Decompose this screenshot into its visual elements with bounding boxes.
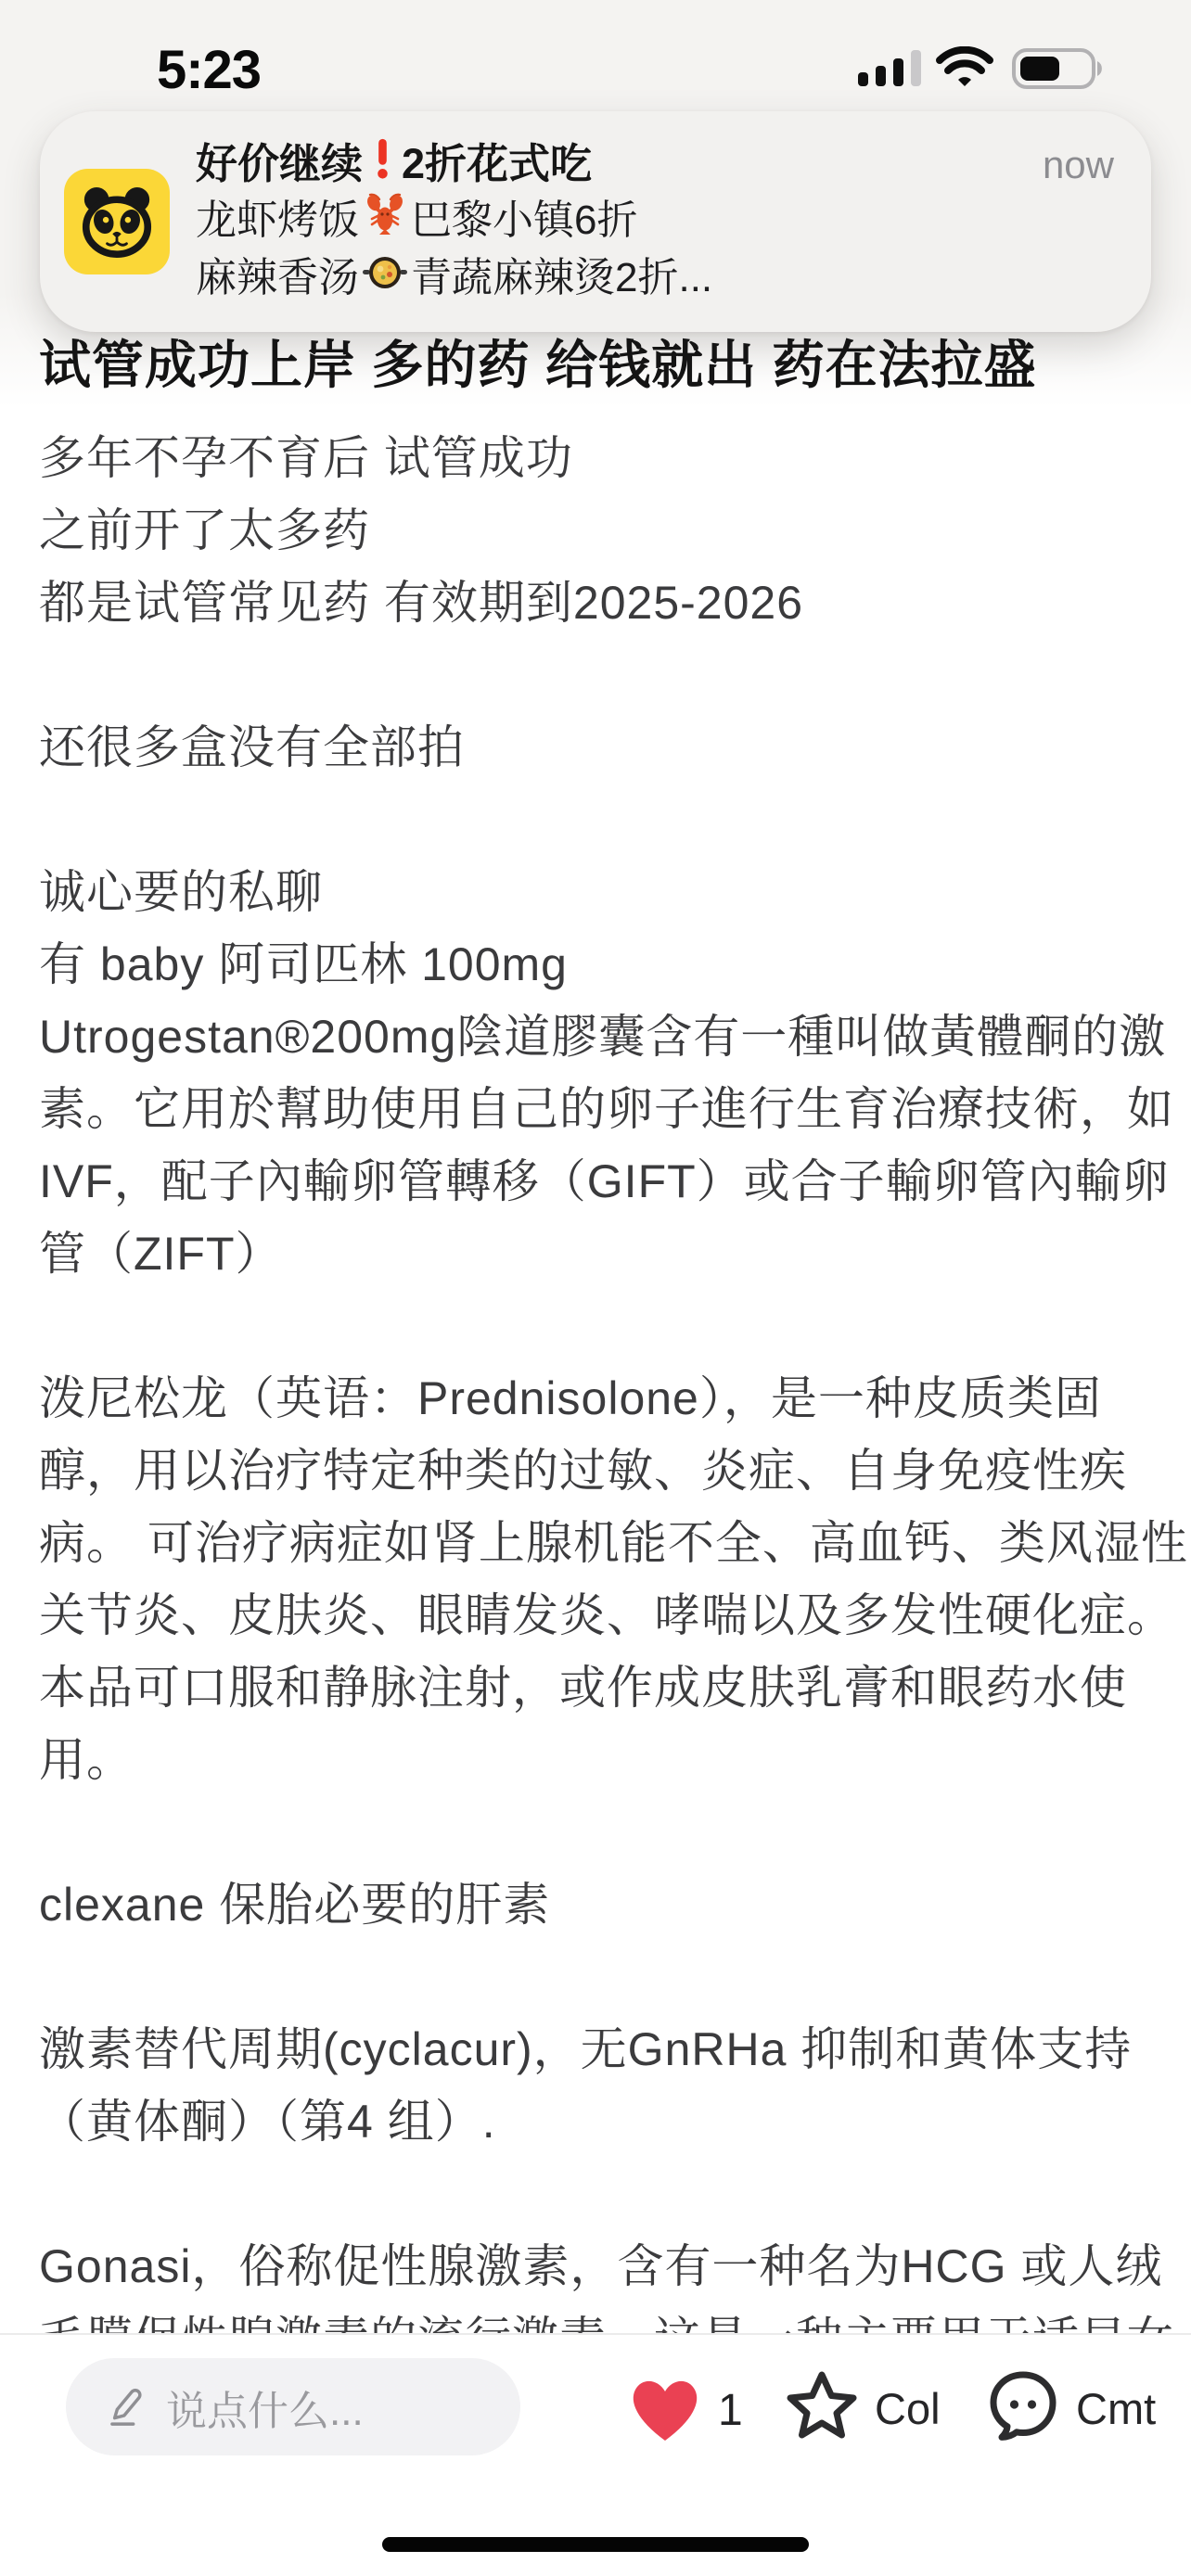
post-text-line: 毛膜促性腺激素的流行激素，这是一种主要用于适早女 bbox=[39, 2302, 1163, 2333]
post-text-line bbox=[39, 2158, 1163, 2230]
post-text-line: 还很多盒没有全部拍 bbox=[39, 711, 1163, 784]
like-count: 1 bbox=[718, 2377, 743, 2445]
post-text-line: IVF，配子內輸卵管轉移（GIFT）或合子輸卵管內輸卵 bbox=[39, 1145, 1163, 1218]
star-icon bbox=[782, 2366, 862, 2451]
collect-button[interactable]: Col bbox=[782, 2366, 941, 2451]
post-text-line: 管（ZIFT） bbox=[39, 1218, 1163, 1290]
post-text-line: 醇，用以治疗特定种类的过敏、炎症、自身免疫性疾 bbox=[39, 1435, 1163, 1507]
post-text-line: 都是试管常见药 有效期到2025-2026 bbox=[39, 567, 1163, 639]
post-text-line: Utrogestan®200mg陰道膠囊含有一種叫做黃體酮的激 bbox=[39, 1001, 1163, 1073]
post-text-line: 激素替代周期(cyclacur)，无GnRHa 抑制和黄体支持 bbox=[39, 2013, 1163, 2085]
post-text-line: 病。 可治疗病症如肾上腺机能不全、高血钙、类风湿性 bbox=[39, 1507, 1163, 1579]
post-text-line: （黄体酮）（第4 组）. bbox=[39, 2085, 1163, 2158]
post-text-line: 诚心要的私聊 bbox=[39, 856, 1163, 928]
post-text-line bbox=[39, 1290, 1163, 1362]
post-text-line bbox=[39, 1941, 1163, 2013]
pencil-icon bbox=[101, 2380, 149, 2433]
post-text-line: 多年不孕不育后 试管成功 bbox=[39, 422, 1163, 494]
post-text-line: 本品可口服和静脉注射，或作成皮肤乳膏和眼药水使 bbox=[39, 1651, 1163, 1724]
comment-input[interactable]: 说点什么... bbox=[66, 2358, 520, 2455]
chat-bubble-icon bbox=[983, 2366, 1063, 2452]
heart-icon bbox=[627, 2374, 703, 2447]
post-text-line: 泼尼松龙（英语：Prednisolone），是一种皮质类固 bbox=[39, 1362, 1163, 1435]
post-text-line bbox=[39, 639, 1163, 711]
post-text-line: clexane 保胎必要的肝素 bbox=[39, 1868, 1163, 1941]
post-text-line bbox=[39, 784, 1163, 856]
home-indicator[interactable] bbox=[382, 2537, 809, 2552]
post-text-line: Gonasi，俗称促性腺激素，含有一种名为HCG 或人绒 bbox=[39, 2230, 1163, 2302]
collect-label: Col bbox=[875, 2367, 941, 2451]
post-text-line bbox=[39, 1796, 1163, 1868]
comment-placeholder: 说点什么... bbox=[166, 2378, 364, 2437]
post-text-line: 素。它用於幫助使用自己的卵子進行生育治療技術，如 bbox=[39, 1073, 1163, 1145]
comment-button[interactable]: Cmt bbox=[983, 2366, 1156, 2452]
post-text-line: 用。 bbox=[39, 1724, 1163, 1796]
like-button[interactable]: 1 bbox=[627, 2374, 743, 2447]
post-text-line: 关节炎、皮肤炎、眼睛发炎、哮喘以及多发性硬化症。 bbox=[39, 1579, 1163, 1651]
comment-label: Cmt bbox=[1076, 2367, 1156, 2451]
post-text-line: 之前开了太多药 bbox=[39, 494, 1163, 567]
post-scroll-area[interactable]: 试管成功上岸 多的药 给钱就出 药在法拉盛 多年不孕不育后 试管成功之前开了太多… bbox=[0, 0, 1191, 2333]
post-text-line: 有 baby 阿司匹林 100mg bbox=[39, 928, 1163, 1001]
post-body: 多年不孕不育后 试管成功之前开了太多药都是试管常见药 有效期到2025-2026… bbox=[39, 422, 1163, 2333]
post-title: 试管成功上岸 多的药 给钱就出 药在法拉盛 bbox=[39, 326, 1163, 404]
